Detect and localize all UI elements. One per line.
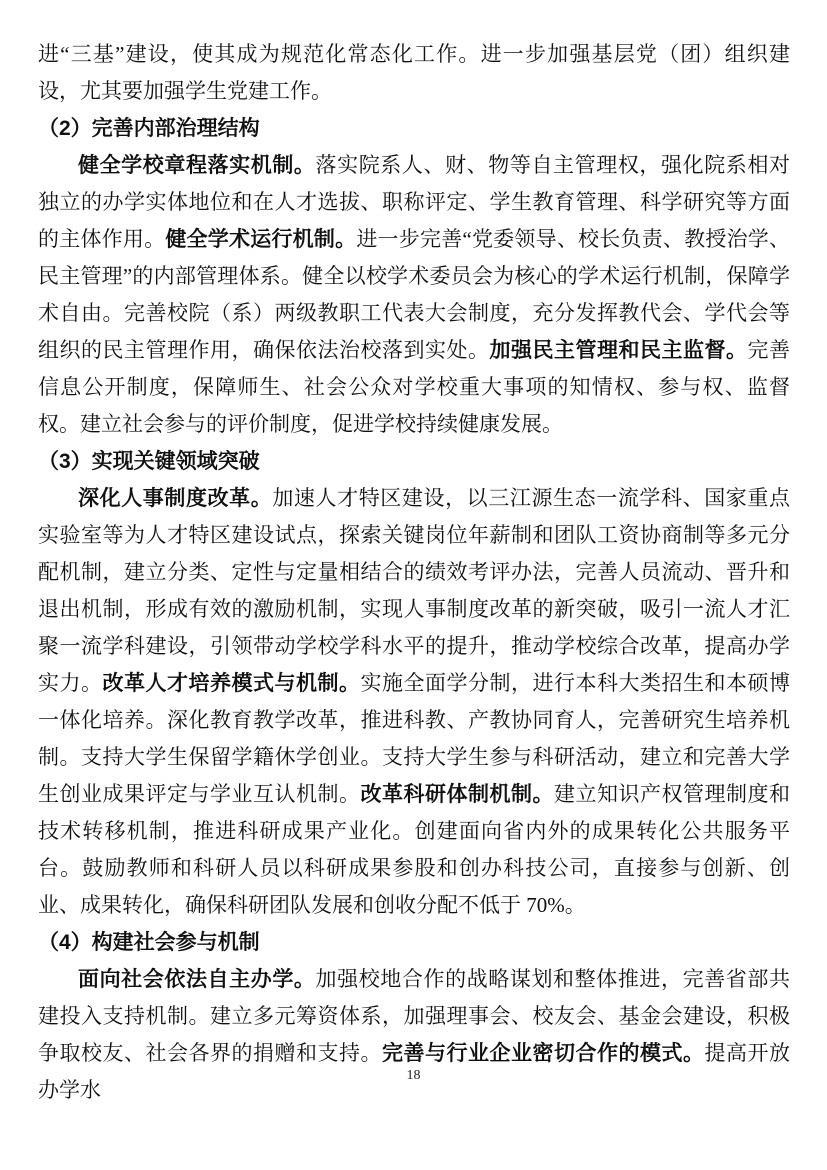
- section-heading: （2）完善内部治理结构: [38, 110, 790, 147]
- body-paragraph: 健全学校章程落实机制。落实院系人、财、物等自主管理权，强化院系相对独立的办学实体…: [38, 147, 790, 443]
- section-heading: （4）构建社会参与机制: [38, 924, 790, 961]
- bold-text-run: 改革科研体制机制。: [361, 782, 555, 806]
- section-heading: （3）实现关键领域突破: [38, 443, 790, 480]
- bold-text-run: （4）构建社会参与机制: [38, 931, 260, 954]
- bold-text-run: 加强民主管理和民主监督。: [490, 338, 748, 362]
- bold-text-run: 健全学术运行机制。: [165, 227, 356, 251]
- text-run: 进“三基”建设，使其成为规范化常态化工作。进一步加强基层党（团）组织建设，尤其要…: [38, 42, 790, 103]
- body-paragraph: 深化人事制度改革。加速人才特区建设，以三江源生态一流学科、国家重点实验室等为人才…: [38, 480, 790, 924]
- document-body: 进“三基”建设，使其成为规范化常态化工作。进一步加强基层党（团）组织建设，尤其要…: [38, 36, 790, 1109]
- body-paragraph: 进“三基”建设，使其成为规范化常态化工作。进一步加强基层党（团）组织建设，尤其要…: [38, 36, 790, 110]
- body-paragraph: 面向社会依法自主办学。加强校地合作的战略谋划和整体推进，完善省部共建投入支持机制…: [38, 961, 790, 1109]
- document-page: 进“三基”建设，使其成为规范化常态化工作。进一步加强基层党（团）组织建设，尤其要…: [0, 0, 827, 1170]
- bold-text-run: 健全学校章程落实机制。: [78, 153, 316, 177]
- bold-text-run: 深化人事制度改革。: [78, 486, 272, 510]
- bold-text-run: 完善与行业企业密切合作的模式。: [382, 1041, 705, 1065]
- bold-text-run: 改革人才培养模式与机制。: [103, 671, 361, 695]
- page-number: 18: [0, 1067, 827, 1085]
- text-run: 加速人才特区建设，以三江源生态一流学科、国家重点实验室等为人才特区建设试点，探索…: [38, 486, 790, 695]
- bold-text-run: （2）完善内部治理结构: [38, 117, 260, 140]
- bold-text-run: 面向社会依法自主办学。: [78, 967, 316, 991]
- bold-text-run: （3）实现关键领域突破: [38, 450, 260, 473]
